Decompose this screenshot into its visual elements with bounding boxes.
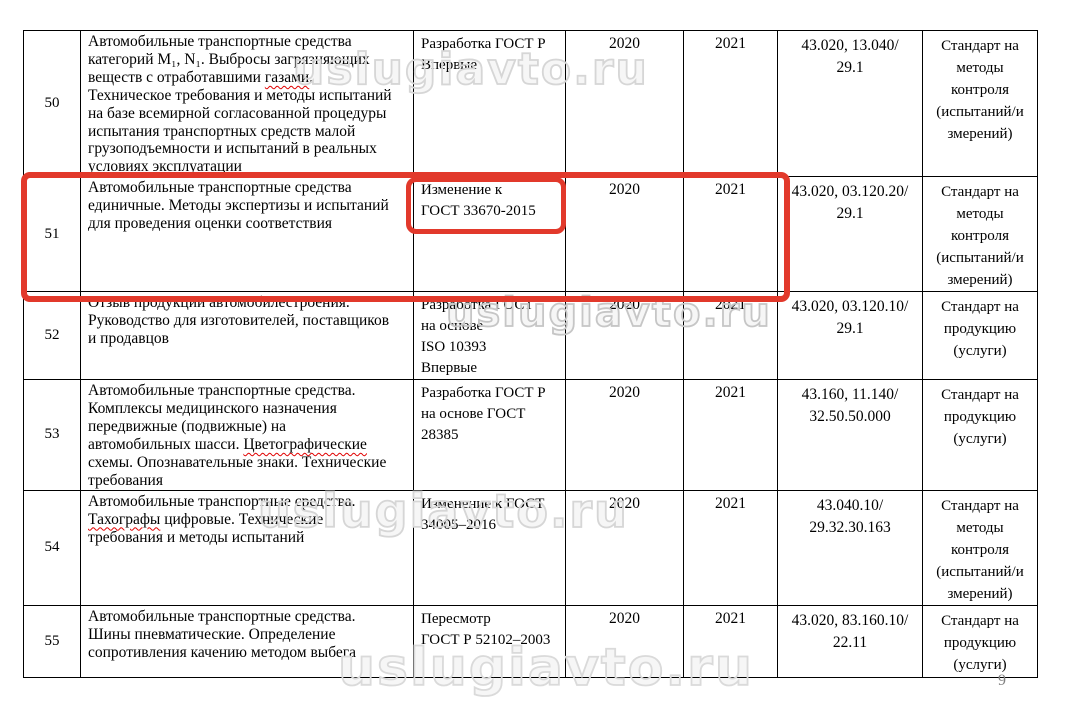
codes-cell: 43.020, 83.160.10/ 22.11 (778, 605, 923, 677)
misspelled-word: Тахографы (88, 511, 160, 528)
standard-type-cell: Стандарт на методы контроля (испытаний/и… (923, 31, 1038, 177)
standard-type-cell: Стандарт на продукцию (услуги) (923, 380, 1038, 490)
year-start-cell: 2020 (566, 177, 684, 292)
table-row-50: 50 Автомобильные транспортные средства к… (24, 31, 1038, 177)
year-start-cell: 2020 (566, 605, 684, 677)
year-end-cell: 2021 (684, 380, 778, 490)
document-page: 50 Автомобильные транспортные средства к… (0, 0, 1066, 710)
row-number-cell: 51 (24, 177, 81, 292)
year-start-cell: 2020 (566, 490, 684, 605)
misspelled-word: газами (265, 69, 309, 86)
year-end-cell: 2021 (684, 605, 778, 677)
codes-cell: 43.160, 11.140/ 32.50.50.000 (778, 380, 923, 490)
table-row-51: 51 Автомобильные транспортные средства е… (24, 177, 1038, 292)
work-type-cell: Изменение к ГОСТ 34005–2016 (414, 490, 566, 605)
description-cell: Автомобильные транспортные средства един… (81, 177, 414, 292)
table-row-53: 53 Автомобильные транспортные средства. … (24, 380, 1038, 490)
year-start-cell: 2020 (566, 292, 684, 380)
work-type-cell: Пересмотр ГОСТ Р 52102–2003 (414, 605, 566, 677)
description-cell: Автомобильные транспортные средства. Шин… (81, 605, 414, 677)
standard-type-cell: Стандарт на методы контроля (испытаний/и… (923, 177, 1038, 292)
table-row-54: 54 Автомобильные транспортные средства. … (24, 490, 1038, 605)
work-type-cell: Разработка ГОСТ на основе ISO 10393 Впер… (414, 292, 566, 380)
table-row-55: 55 Автомобильные транспортные средства. … (24, 605, 1038, 677)
codes-cell: 43.020, 03.120.10/ 29.1 (778, 292, 923, 380)
description-cell: Автомобильные транспортные средства. Ком… (81, 380, 414, 490)
standard-type-cell: Стандарт на продукцию (услуги) (923, 292, 1038, 380)
work-type-cell: Разработка ГОСТ Р Впервые (414, 31, 566, 177)
row-number-cell: 54 (24, 490, 81, 605)
standard-type-cell: Стандарт на продукцию (услуги) (923, 605, 1038, 677)
row-number-cell: 50 (24, 31, 81, 177)
year-end-cell: 2021 (684, 292, 778, 380)
page-number: 9 (998, 672, 1006, 690)
row-number-cell: 55 (24, 605, 81, 677)
work-type-cell: Разработка ГОСТ Р на основе ГОСТ 28385 (414, 380, 566, 490)
year-start-cell: 2020 (566, 380, 684, 490)
year-start-cell: 2020 (566, 31, 684, 177)
year-end-cell: 2021 (684, 31, 778, 177)
row-number-cell: 52 (24, 292, 81, 380)
table-row-52: 52 Отзыв продукции автомобилестроения. Р… (24, 292, 1038, 380)
codes-cell: 43.040.10/ 29.32.30.163 (778, 490, 923, 605)
row-number-cell: 53 (24, 380, 81, 490)
description-cell: Автомобильные транспортные средства. Тах… (81, 490, 414, 605)
work-type-cell: Изменение к ГОСТ 33670-2015 (414, 177, 566, 292)
misspelled-word: Цветографические (243, 436, 367, 453)
description-cell: Отзыв продукции автомобилестроения. Руко… (81, 292, 414, 380)
year-end-cell: 2021 (684, 177, 778, 292)
year-end-cell: 2021 (684, 490, 778, 605)
standards-table: 50 Автомобильные транспортные средства к… (23, 30, 1038, 678)
codes-cell: 43.020, 03.120.20/ 29.1 (778, 177, 923, 292)
standard-type-cell: Стандарт на методы контроля (испытаний/и… (923, 490, 1038, 605)
codes-cell: 43.020, 13.040/ 29.1 (778, 31, 923, 177)
description-cell: Автомобильные транспортные средства кате… (81, 31, 414, 177)
